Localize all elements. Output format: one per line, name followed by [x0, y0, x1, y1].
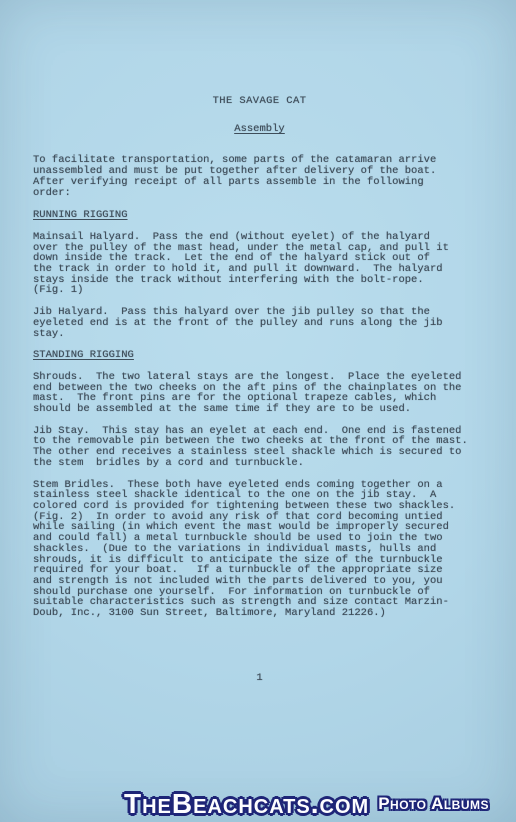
- scanned-document-page: THE SAVAGE CAT Assembly To facilitate tr…: [0, 0, 516, 822]
- paragraph-jib-halyard: Jib Halyard. Pass this halyard over the …: [33, 307, 486, 339]
- paragraph-shrouds: Shrouds. The two lateral stays are the l…: [33, 372, 486, 415]
- paragraph-jib-stay: Jib Stay. This stay has an eyelet at eac…: [33, 426, 486, 469]
- watermark-site-text: TheBeachcats.com: [124, 788, 369, 820]
- paragraph-mainsail-halyard: Mainsail Halyard. Pass the end (without …: [33, 232, 486, 296]
- document-body: THE SAVAGE CAT Assembly To facilitate tr…: [0, 0, 516, 683]
- paragraph-stem-bridles: Stem Bridles. These both have eyeleted e…: [33, 480, 486, 619]
- watermark: TheBeachcats.com Photo Albums: [124, 788, 489, 820]
- document-subtitle: Assembly: [33, 124, 486, 135]
- page-number: 1: [33, 673, 486, 684]
- section-heading-standing-rigging: STANDING RIGGING: [33, 350, 486, 361]
- section-heading-running-rigging: RUNNING RIGGING: [33, 210, 486, 221]
- intro-paragraph: To facilitate transportation, some parts…: [33, 155, 486, 198]
- watermark-albums-text: Photo Albums: [378, 794, 489, 814]
- document-title: THE SAVAGE CAT: [33, 96, 486, 107]
